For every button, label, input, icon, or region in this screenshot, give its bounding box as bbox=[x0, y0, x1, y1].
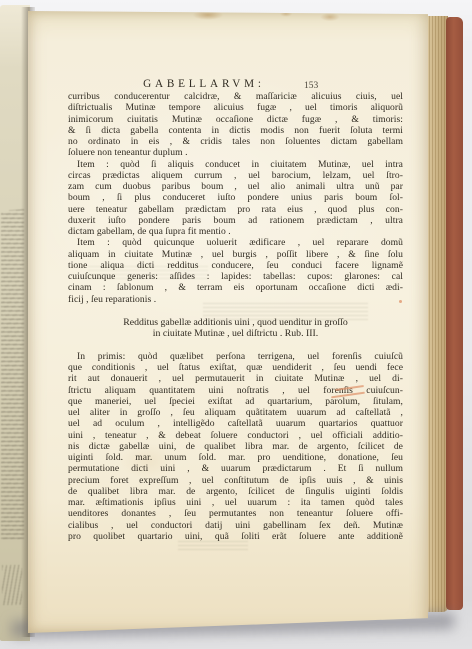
text-body: curribus conducerentur calcidræ, & maſſa… bbox=[68, 91, 403, 542]
text-line: Item : quòd ſi aliquis conducet in ciuit… bbox=[68, 159, 403, 170]
paragraph: Item : quòd ſi aliquis conducet in ciuit… bbox=[68, 159, 403, 238]
text-line: uel aliter in groſſo , ſeu aliquam quãti… bbox=[68, 407, 403, 418]
book-cover-edge bbox=[446, 17, 463, 610]
facing-page-text-ghost bbox=[2, 565, 22, 605]
page-number: 153 bbox=[304, 81, 318, 91]
text-line: Item : quòd quicunque uoluerit ædificare… bbox=[68, 237, 403, 248]
text-line: zam cum duobus paribus boum , uel alio a… bbox=[68, 181, 403, 192]
text-line: precium foret expreſſum , uel conſtitutu… bbox=[68, 475, 403, 486]
book-photograph: GABELLARVM: 153 curribus conducerentur c… bbox=[0, 0, 472, 649]
text-line: no ordinato in eis , & cridis tales non … bbox=[68, 136, 403, 147]
text-line: & ſi dicta gabella contenta in dictis mo… bbox=[68, 125, 403, 136]
text-line: que conditionis , uel ſtatus exiſtat, qu… bbox=[68, 362, 403, 373]
text-line: inimicorum ciuitatis Mutinæ occaſione di… bbox=[68, 114, 403, 125]
text-line: cialibus , uel conductori datij uini gab… bbox=[68, 520, 403, 531]
text-line: uel ad oculum , intelligẽdo caſtellatã u… bbox=[68, 418, 403, 429]
text-line: dictam gabellam, de qua ſupra fit mentio… bbox=[68, 226, 403, 237]
paragraph: In primis: quòd quælibet perſona terrige… bbox=[68, 351, 403, 542]
text-line: cinam : ſablonum , & terram eis oportuna… bbox=[68, 282, 403, 293]
fore-edge-page-stack bbox=[426, 16, 448, 612]
red-ink-dot bbox=[399, 300, 402, 303]
text-line: uini , teneatur , & debeat ſoluere condu… bbox=[68, 430, 403, 441]
section-heading: Redditus gabellæ additionis uini , quod … bbox=[68, 317, 403, 340]
text-line: pro quolibet quartario uini, quã ſoliti … bbox=[68, 531, 403, 542]
text-line: tione aliqua dicti redditus conducere, ſ… bbox=[68, 260, 403, 271]
text-line: rit aut donauerit , uel permutauerit in … bbox=[68, 373, 403, 384]
text-line: ficij , ſeu reparationis . bbox=[68, 294, 403, 305]
show-through-ghost bbox=[178, 541, 248, 550]
text-line: de qualibet libra mar. de argento, ſcili… bbox=[68, 486, 403, 497]
text-line: uiginti ſold. mar. unum ſold. mar. pro u… bbox=[68, 452, 403, 463]
heading-line: in ciuitate Mutinæ , uel diſtrictu . Rub… bbox=[68, 328, 403, 340]
text-line: uere teneatur gabellam prædictam pro rat… bbox=[68, 204, 403, 215]
text-line: que maneriei, uel ſpeciei exiſtat ad qua… bbox=[68, 396, 403, 407]
text-line: circas prædictas aliquem currum , uel ba… bbox=[68, 170, 403, 181]
text-line: aliquam in ciuitate Mutinæ , uel burgis … bbox=[68, 249, 403, 260]
text-line: curribus conducerentur calcidræ, & maſſa… bbox=[68, 91, 403, 102]
text-line: uenditores donantes , ſeu permutantes no… bbox=[68, 508, 403, 519]
text-line: ſoluere non teneantur duplum . bbox=[68, 147, 403, 158]
text-line: mar. æſtimationis ipſius uini , uel uuar… bbox=[68, 497, 403, 508]
text-line: cuiuſcunque generis: aſſides : lapides: … bbox=[68, 271, 403, 282]
running-title: GABELLARVM: bbox=[88, 78, 320, 90]
text-line: diſtrictualis Mutinæ tempore alicuius fu… bbox=[68, 102, 403, 113]
paragraph: Item : quòd quicunque uoluerit ædificare… bbox=[68, 237, 403, 305]
text-line: duxerit iuſto pondere paris boum ad rati… bbox=[68, 215, 403, 226]
book-page: GABELLARVM: 153 curribus conducerentur c… bbox=[28, 11, 428, 633]
text-line: permutatione dicti uini , & uuarum prædi… bbox=[68, 463, 403, 474]
paragraph: curribus conducerentur calcidræ, & maſſa… bbox=[68, 91, 403, 159]
heading-line: Redditus gabellæ additionis uini , quod … bbox=[68, 317, 403, 329]
text-line: In primis: quòd quælibet perſona terrige… bbox=[68, 351, 403, 362]
text-line: boum , ſi plus conduceret iuſto pondere … bbox=[68, 192, 403, 203]
text-line: nis dictæ gabellæ uini, de qualibet libr… bbox=[68, 441, 403, 452]
